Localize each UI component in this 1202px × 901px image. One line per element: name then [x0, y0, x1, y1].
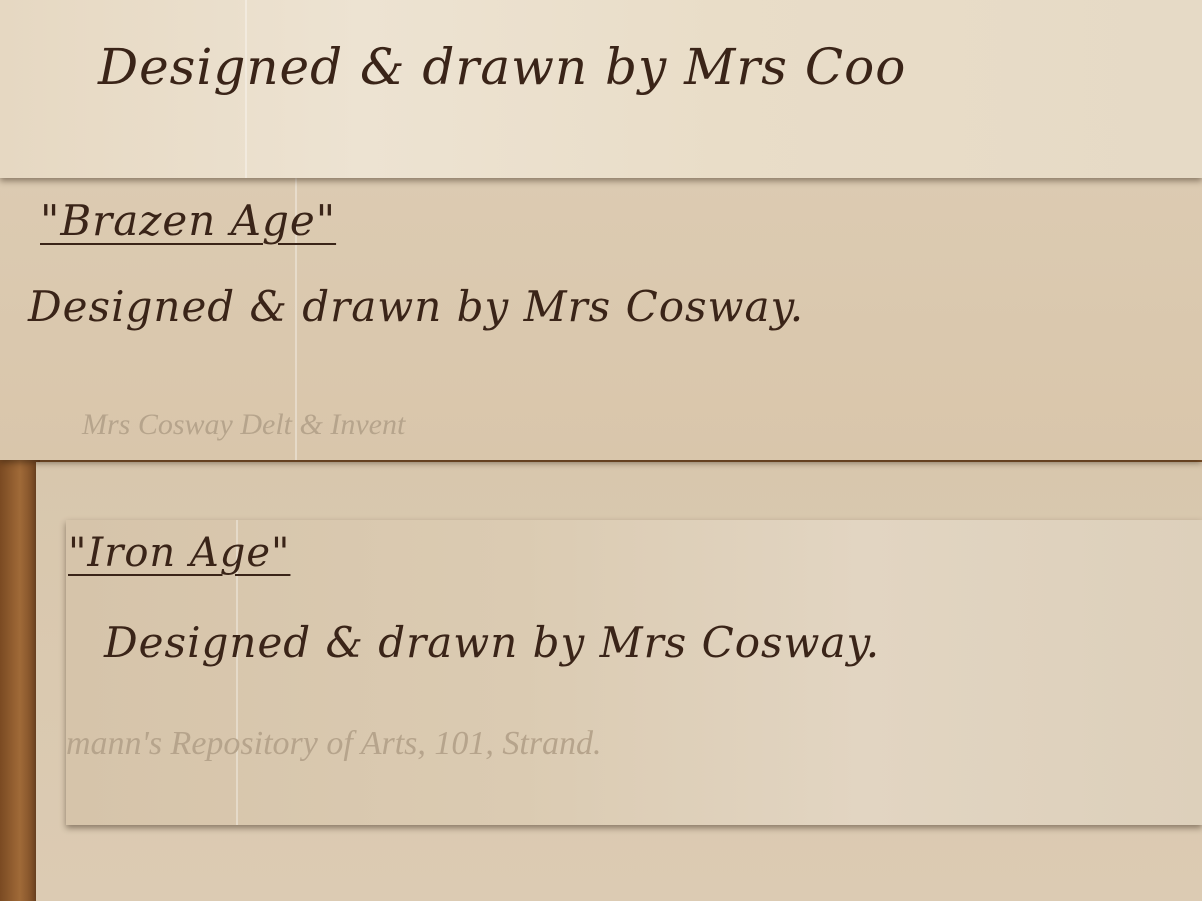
paper-slip-top: Designed & drawn by Mrs Coo [0, 0, 1202, 178]
handwritten-credit: Designed & drawn by Mrs Cosway. [28, 282, 804, 331]
slip-title: "Iron Age" [68, 530, 290, 576]
handwritten-credit: Designed & drawn by Mrs Coo [98, 38, 906, 96]
paper-slip-brazen-age: "Brazen Age" Designed & drawn by Mrs Cos… [0, 170, 1202, 460]
printed-credit: mann's Repository of Arts, 101, Strand. [66, 725, 602, 763]
wooden-table [0, 455, 40, 901]
printed-credit: Mrs Cosway Delt & Invent [82, 408, 405, 442]
slip-title: "Brazen Age" [40, 196, 336, 245]
paper-slip-iron-age: "Iron Age" Designed & drawn by Mrs Coswa… [66, 520, 1202, 825]
handwritten-credit: Designed & drawn by Mrs Cosway. [104, 618, 880, 667]
